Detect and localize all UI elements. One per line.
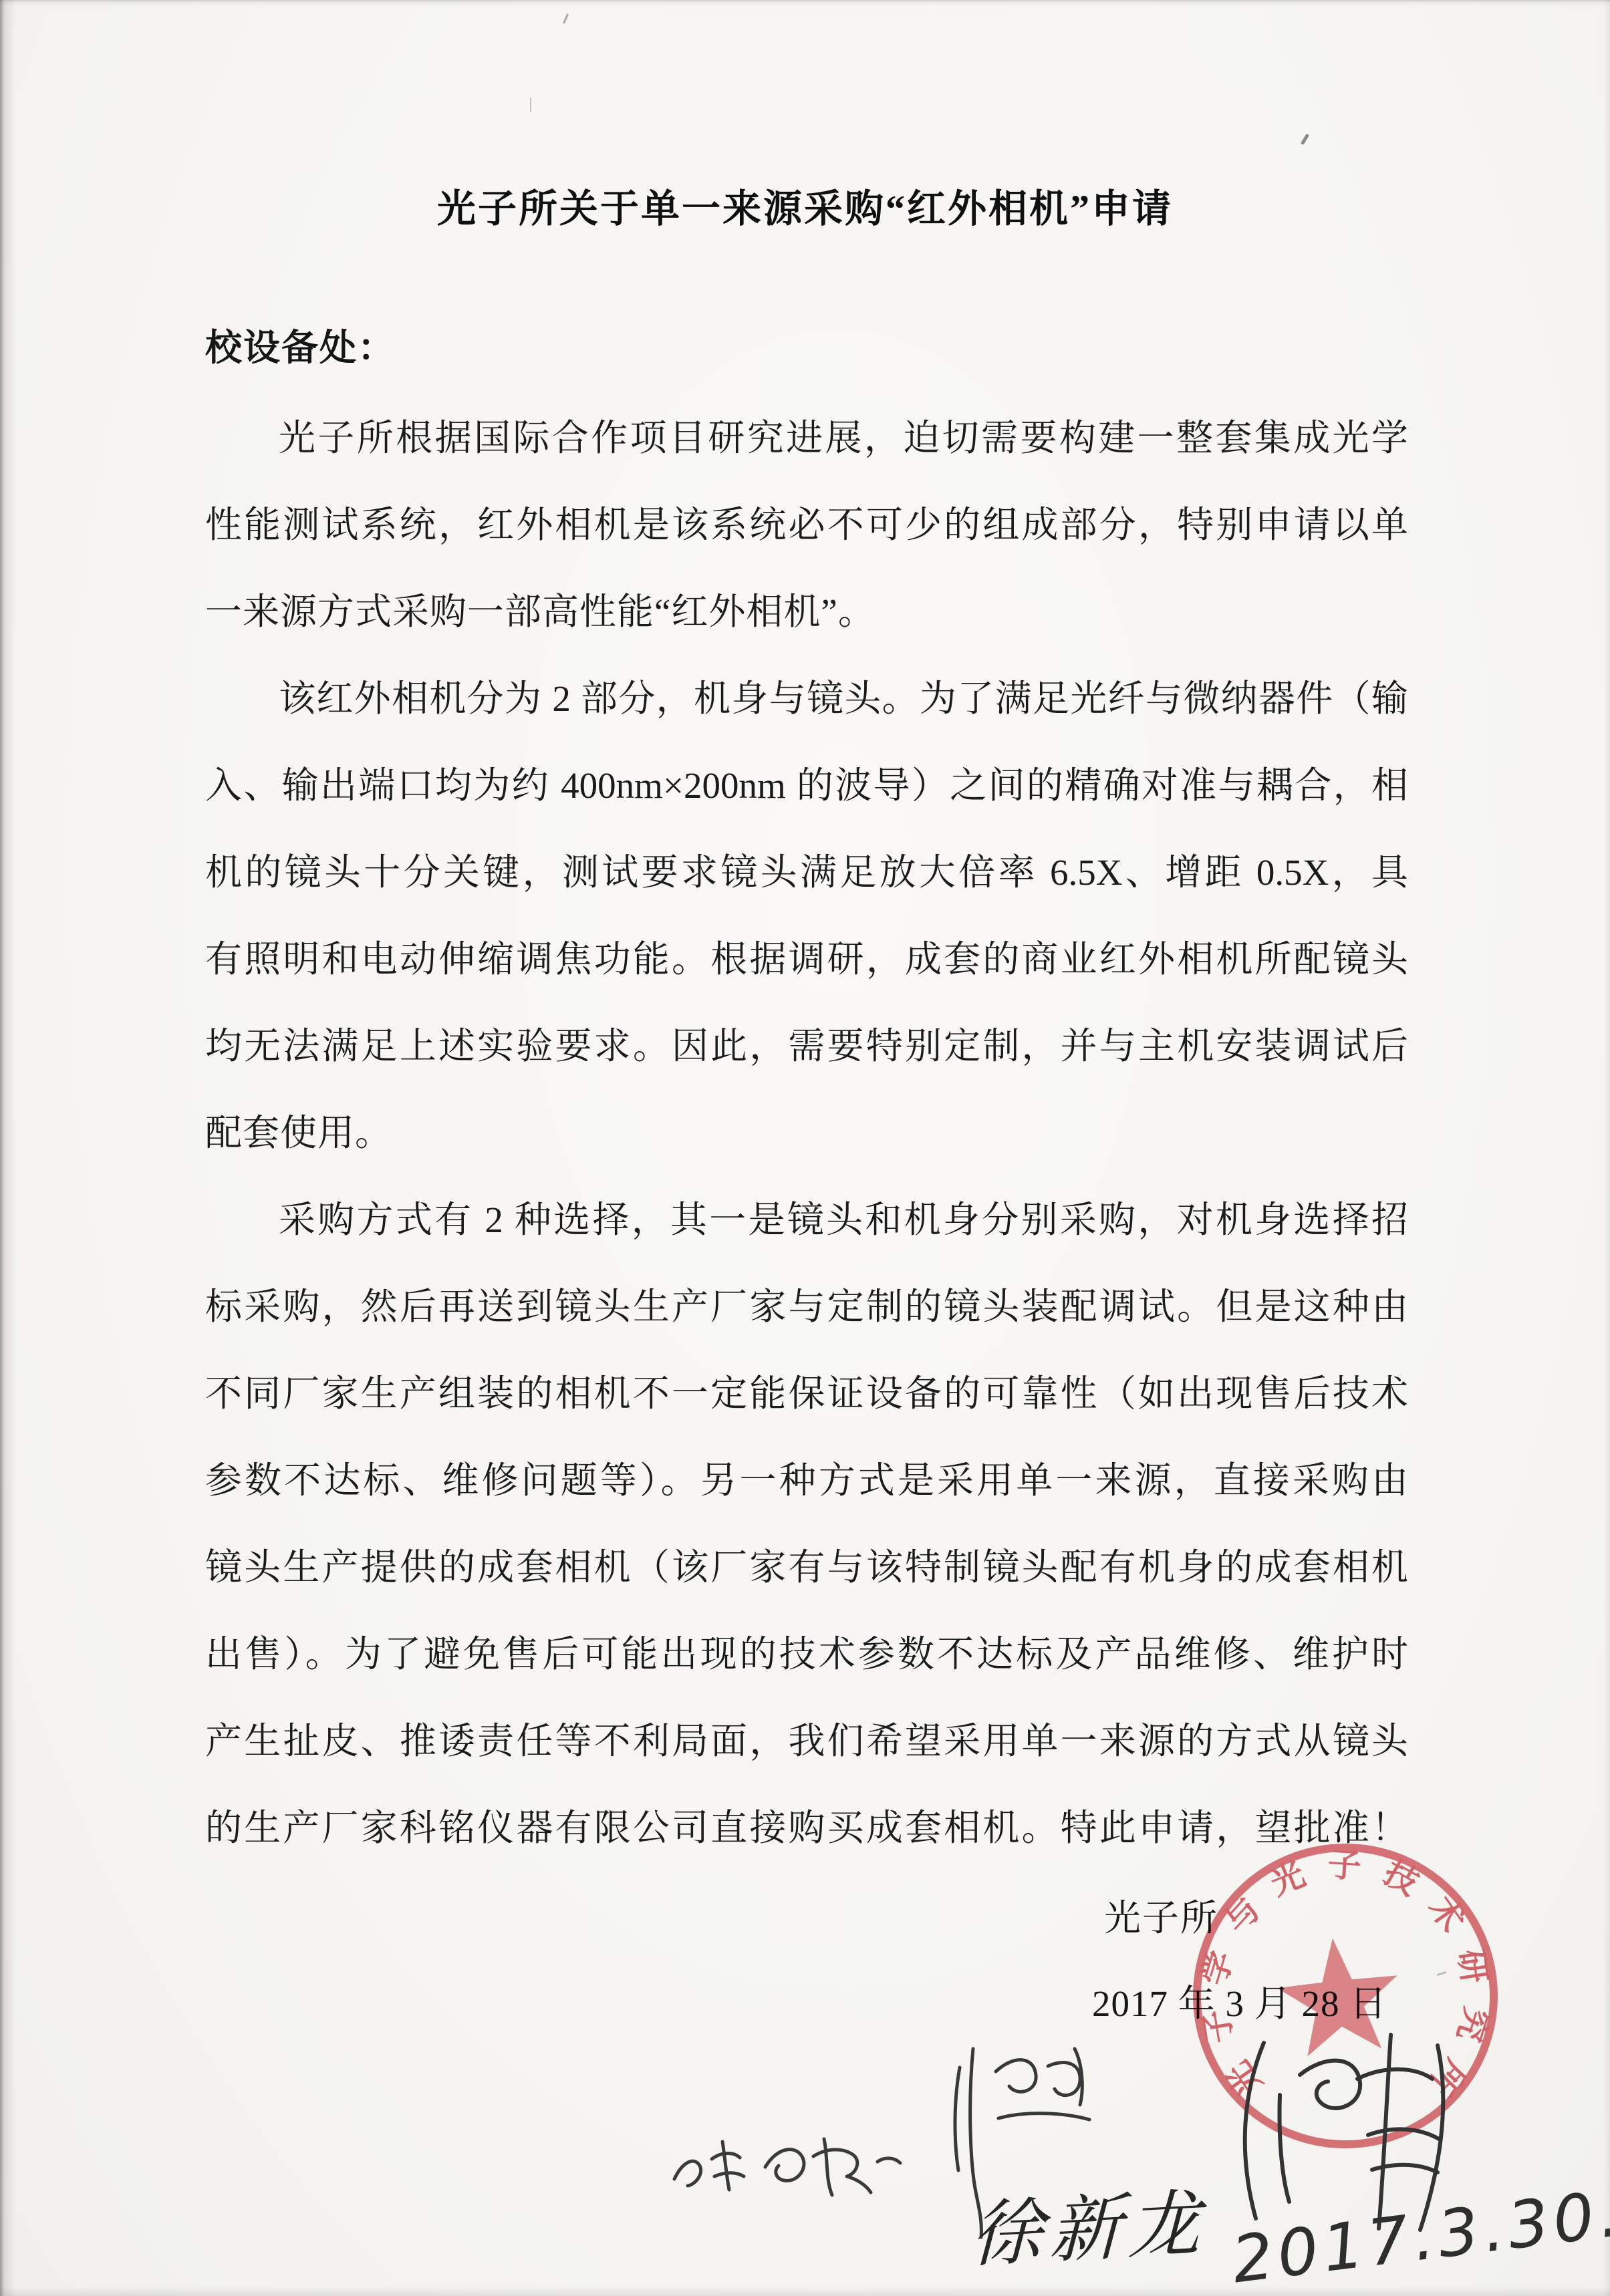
body-line-6: 机的镜头十分关键，测试要求镜头满足放大倍率 6.5X、增距 0.5X，具 [205, 853, 1408, 892]
body-line-10: 采购方式有 2 种选择，其一是镜头和机身分别采购，对机身选择招 [205, 1201, 1408, 1240]
salutation: 校设备处： [205, 329, 396, 368]
body-line-12: 不同厂家生产组装的相机不一定能保证设备的可靠性（如出现售后技术 [205, 1375, 1408, 1413]
body-line-4: 该红外相机分为 2 部分，机身与镜头。为了满足光纤与微纳器件（输 [205, 680, 1408, 718]
body-line-15: 出售）。为了避免售后可能出现的技术参数不达标及产品维修、维护时 [205, 1635, 1408, 1674]
scan-speck [1301, 134, 1309, 145]
body-line-5: 入、输出端口均为约 400nm×200nm 的波导）之间的精确对准与耦合，相 [205, 766, 1408, 805]
handwritten-note-left [665, 2115, 906, 2232]
body-line-8: 均无法满足上述实验要求。因此，需要特别定制，并与主机安装调试后 [205, 1027, 1408, 1066]
body-line-2: 性能测试系统，红外相机是该系统必不可少的组成部分，特别申请以单 [205, 506, 1408, 545]
body-line-16: 产生扯皮、推诿责任等不利局面，我们希望采用单一来源的方式从镜头 [205, 1722, 1408, 1761]
body-line-14: 镜头生产提供的成套相机（该厂家有与该特制镜头配有机身的成套相机 [205, 1548, 1408, 1587]
body-line-11: 标采购，然后再送到镜头生产厂家与定制的镜头装配调试。但是这种由 [205, 1288, 1408, 1326]
body-line-3: 一来源方式采购一部高性能“红外相机”。 [205, 593, 1408, 631]
document-title: 光子所关于单一来源采购“红外相机”申请 [0, 188, 1610, 230]
body-line-9: 配套使用。 [205, 1114, 1408, 1153]
body-line-7: 有照明和电动伸缩调焦功能。根据调研，成套的商业红外相机所配镜头 [205, 940, 1408, 979]
body-line-17: 的生产厂家科铭仪器有限公司直接购买成套相机。特此申请，望批准！ [205, 1809, 1408, 1848]
scan-speck [563, 13, 569, 24]
body-line-1: 光子所根据国际合作项目研究进展，迫切需要构建一整套集成光学 [205, 419, 1408, 458]
scan-speck [530, 98, 531, 112]
body-line-13: 参数不达标、维修问题等）。另一种方式是采用单一来源，直接采购由 [205, 1461, 1408, 1500]
scanned-letter-page: 光子所关于单一来源采购“红外相机”申请 校设备处： 光子所根据国际合作项目研究进… [0, 0, 1610, 2296]
handwritten-name-signature: 徐新龙 [970, 2184, 1208, 2277]
